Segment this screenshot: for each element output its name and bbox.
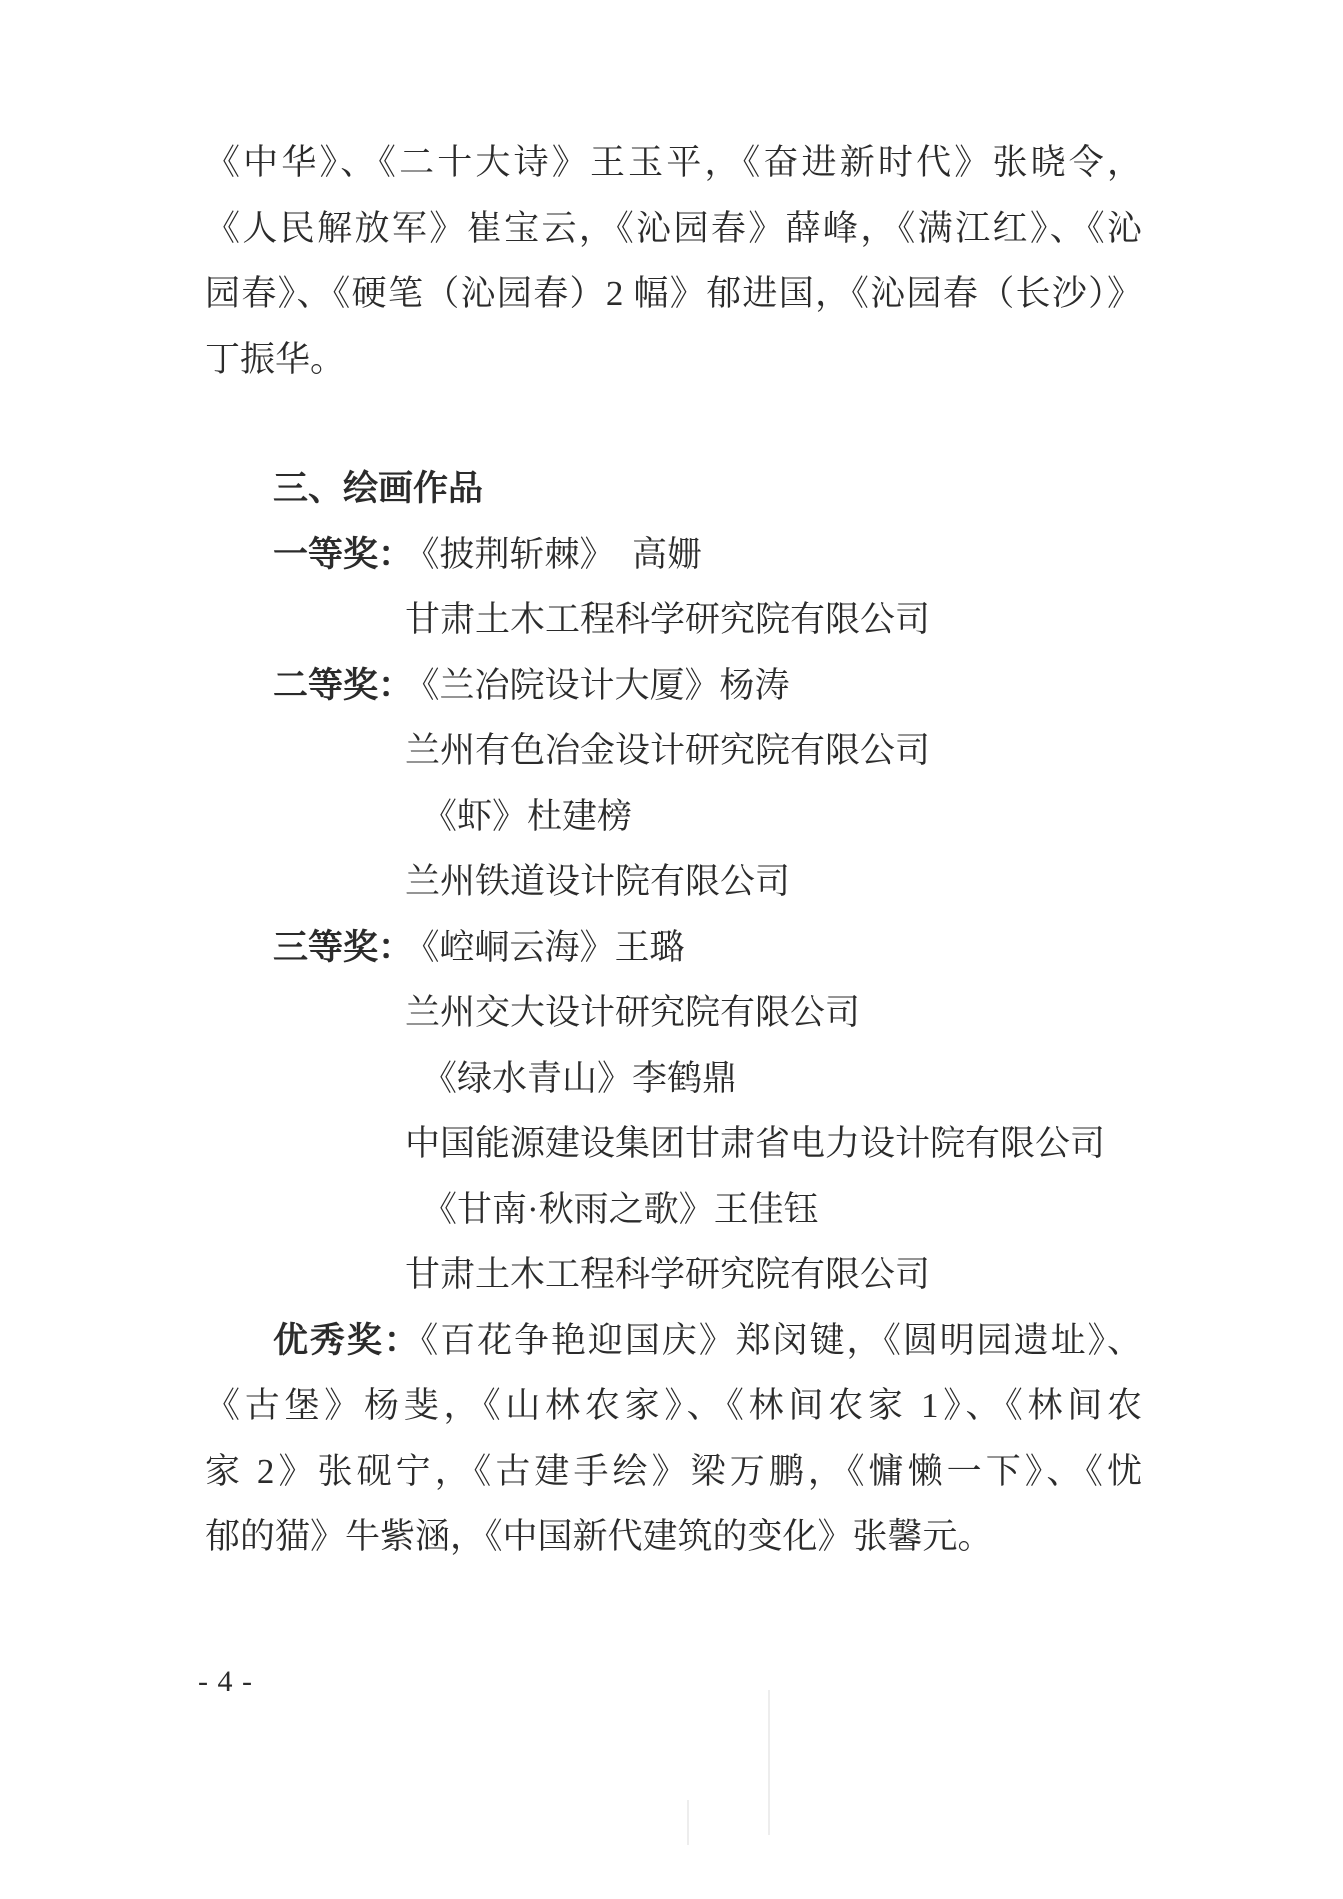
- section-heading: 三、绘画作品: [205, 456, 1142, 522]
- page-number: - 4 -: [198, 1662, 253, 1702]
- company-line: 甘肃土木工程科学研究院有限公司: [205, 1242, 1142, 1308]
- line-text: 甘肃土木工程科学研究院有限公司: [405, 600, 930, 639]
- company-line: 兰州交大设计研究院有限公司: [205, 980, 1142, 1046]
- line-text: 《虾》杜建榜: [422, 797, 632, 836]
- company-line: 兰州有色冶金设计研究院有限公司: [205, 718, 1142, 784]
- company-line: 兰州铁道设计院有限公司: [205, 849, 1142, 915]
- line-text: 《兰冶院设计大厦》杨涛: [422, 666, 790, 705]
- body-line: 《中华》、《二十大诗》王玉平，《奋进新时代》张晓令，: [205, 130, 1142, 196]
- line-text: 中国能源建设集团甘肃省电力设计院有限公司: [405, 1124, 1105, 1163]
- line-text: 家 2》张砚宁，《古建手绘》梁万鹏，《慵懒一下》、《忧: [205, 1452, 1142, 1491]
- line-text: 《披荆斩棘》 高姗: [422, 535, 702, 574]
- line-text: 兰州铁道设计院有限公司: [405, 862, 790, 901]
- line-text: 《绿水青山》李鹤鼎: [422, 1059, 737, 1098]
- artwork-title-line: 《虾》杜建榜: [205, 784, 1142, 850]
- company-line: 甘肃土木工程科学研究院有限公司: [205, 587, 1142, 653]
- award-line: 三等奖：《崆峒云海》王璐: [205, 915, 1142, 981]
- line-text: 《古堡》杨斐，《山林农家》、《林间农家 1》、《林间农: [205, 1386, 1142, 1425]
- award-rank-label: 二等奖：: [273, 666, 413, 705]
- company-line: 中国能源建设集团甘肃省电力设计院有限公司: [205, 1111, 1142, 1177]
- line-text: 郁的猫》牛紫涵，《中国新代建筑的变化》张馨元。: [205, 1517, 993, 1556]
- body-line: 《古堡》杨斐，《山林农家》、《林间农家 1》、《林间农: [205, 1373, 1142, 1439]
- line-text: 兰州交大设计研究院有限公司: [405, 993, 860, 1032]
- line-text: 丁振华。: [205, 340, 345, 379]
- line-text: 园春》、《硬笔（沁园春）2 幅》郁进国，《沁园春（长沙）》: [205, 274, 1142, 313]
- body-line: 《人民解放军》崔宝云，《沁园春》薛峰，《满江红》、《沁: [205, 196, 1142, 262]
- line-text: 《甘南·秋雨之歌》王佳钰: [422, 1190, 819, 1229]
- award-rank-label: 三等奖：: [273, 928, 413, 967]
- artwork-title-line: 《甘南·秋雨之歌》王佳钰: [205, 1177, 1142, 1243]
- line-text: 《崆峒云海》王璐: [422, 928, 685, 967]
- award-line: 优秀奖：《百花争艳迎国庆》郑闵键，《圆明园遗址》、: [205, 1308, 1142, 1374]
- award-rank-label: 一等奖：: [273, 535, 413, 574]
- line-text: 《人民解放军》崔宝云，《沁园春》薛峰，《满江红》、《沁: [205, 209, 1142, 248]
- line-text: 三、绘画作品: [273, 469, 483, 508]
- body-line: 家 2》张砚宁，《古建手绘》梁万鹏，《慵懒一下》、《忧: [205, 1439, 1142, 1505]
- line-text: 兰州有色冶金设计研究院有限公司: [405, 731, 930, 770]
- award-line: 一等奖：《披荆斩棘》 高姗: [205, 522, 1142, 588]
- line-text: 甘肃土木工程科学研究院有限公司: [405, 1255, 930, 1294]
- document-page: 《中华》、《二十大诗》王玉平，《奋进新时代》张晓令，《人民解放军》崔宝云，《沁园…: [0, 0, 1343, 1899]
- line-text: 《百花争艳迎国庆》郑闵键，《圆明园遗址》、: [421, 1321, 1142, 1360]
- body-line: 丁振华。: [205, 327, 1142, 393]
- artwork-title-line: 《绿水青山》李鹤鼎: [205, 1046, 1142, 1112]
- award-rank-label: 优秀奖：: [273, 1321, 421, 1360]
- line-text: 《中华》、《二十大诗》王玉平，《奋进新时代》张晓令，: [205, 143, 1142, 182]
- scan-artifact-line: [768, 1690, 770, 1835]
- scan-artifact-line: [687, 1800, 689, 1845]
- body-line: 园春》、《硬笔（沁园春）2 幅》郁进国，《沁园春（长沙）》: [205, 261, 1142, 327]
- award-line: 二等奖：《兰冶院设计大厦》杨涛: [205, 653, 1142, 719]
- body-line: 郁的猫》牛紫涵，《中国新代建筑的变化》张馨元。: [205, 1504, 1142, 1570]
- paragraph-spacer: [205, 392, 1142, 456]
- document-body: 《中华》、《二十大诗》王玉平，《奋进新时代》张晓令，《人民解放军》崔宝云，《沁园…: [205, 130, 1142, 1570]
